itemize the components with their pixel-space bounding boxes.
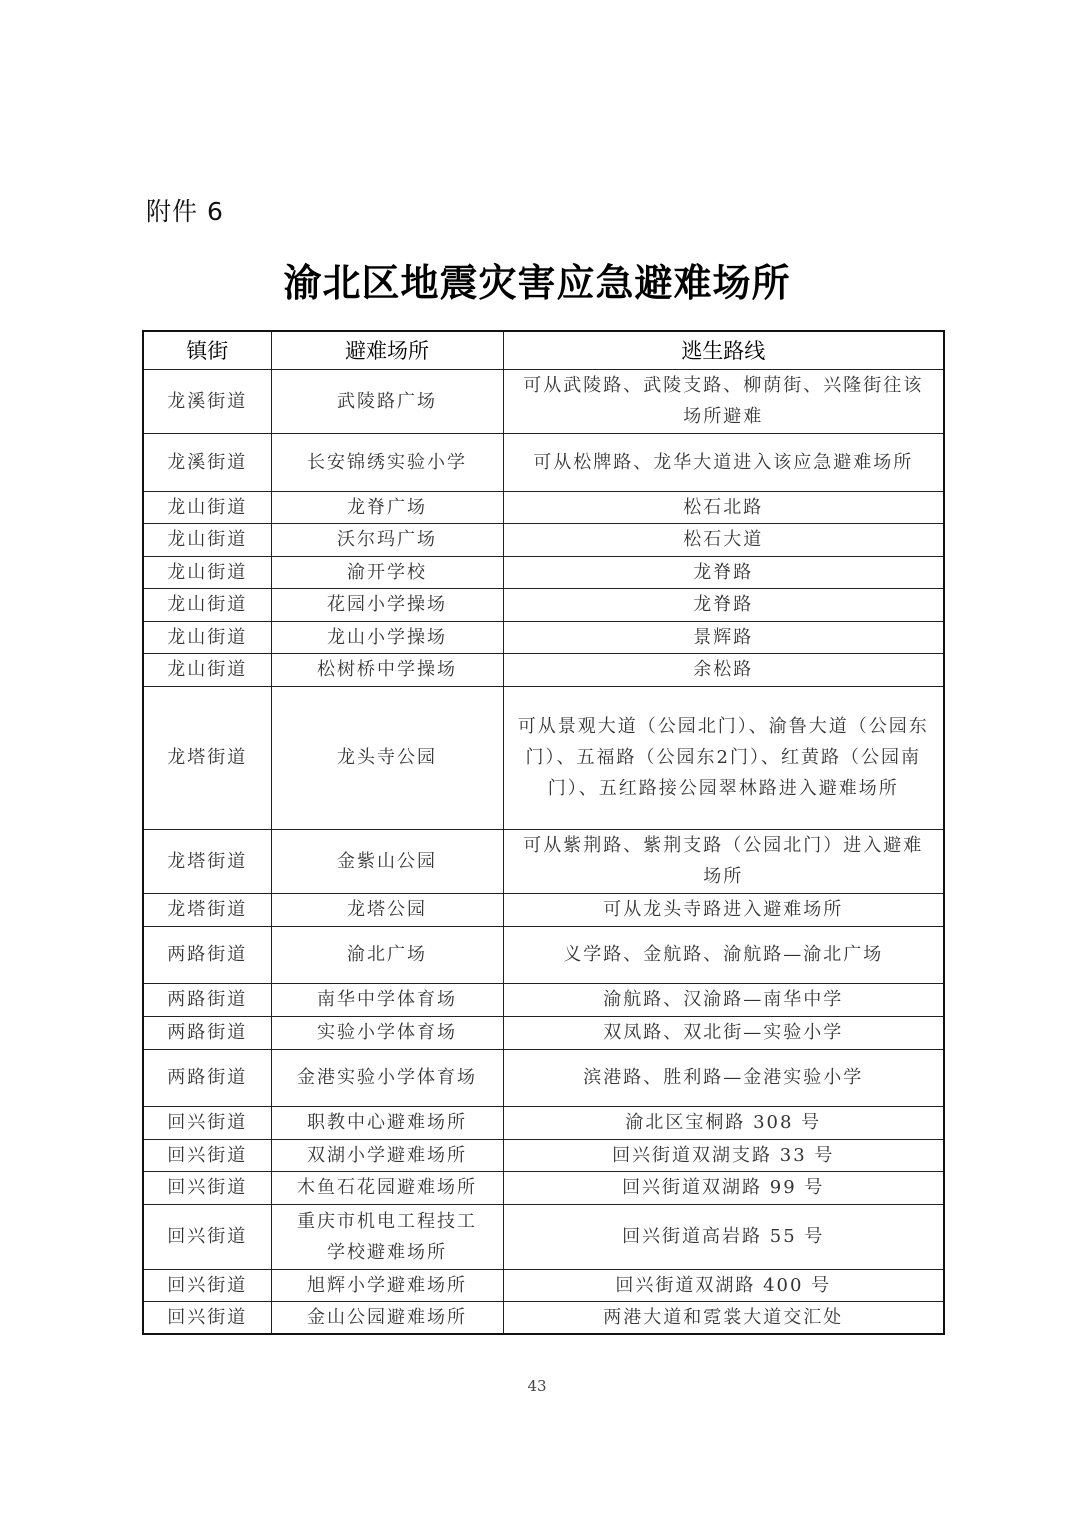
cell-shelter: 南华中学体育场 [271, 983, 503, 1016]
cell-street: 回兴街道 [143, 1301, 271, 1334]
table-header-row: 镇街 避难场所 逃生路线 [143, 331, 944, 369]
cell-shelter: 金港实验小学体育场 [271, 1049, 503, 1106]
cell-route: 回兴街道双湖路 400 号 [503, 1269, 944, 1301]
cell-shelter: 龙塔公园 [271, 893, 503, 926]
table-row: 龙溪街道武陵路广场可从武陵路、武陵支路、柳荫街、兴隆街往该场所避难 [143, 369, 944, 433]
cell-street: 龙山街道 [143, 491, 271, 523]
cell-street: 龙溪街道 [143, 433, 271, 491]
cell-street: 两路街道 [143, 1016, 271, 1049]
cell-shelter: 职教中心避难场所 [271, 1106, 503, 1139]
cell-shelter: 渝北广场 [271, 926, 503, 983]
cell-street: 龙塔街道 [143, 893, 271, 926]
cell-street: 龙山街道 [143, 588, 271, 621]
cell-street: 龙塔街道 [143, 829, 271, 893]
cell-route: 龙脊路 [503, 556, 944, 588]
cell-route: 回兴街道双湖支路 33 号 [503, 1139, 944, 1171]
cell-street: 两路街道 [143, 926, 271, 983]
cell-shelter: 金山公园避难场所 [271, 1301, 503, 1334]
cell-shelter: 金紫山公园 [271, 829, 503, 893]
table-row: 回兴街道重庆市机电工程技工学校避难场所回兴街道高岩路 55 号 [143, 1204, 944, 1269]
table-row: 龙塔街道龙头寺公园可从景观大道（公园北门）、渝鲁大道（公园东门）、五福路（公园东… [143, 686, 944, 829]
cell-street: 龙山街道 [143, 523, 271, 556]
attachment-label: 附件 6 [146, 192, 224, 228]
table-row: 回兴街道木鱼石花园避难场所回兴街道双湖路 99 号 [143, 1171, 944, 1204]
cell-street: 龙溪街道 [143, 369, 271, 433]
table-row: 龙溪街道长安锦绣实验小学可从松牌路、龙华大道进入该应急避难场所 [143, 433, 944, 491]
cell-shelter: 龙脊广场 [271, 491, 503, 523]
cell-shelter: 旭辉小学避难场所 [271, 1269, 503, 1301]
table-row: 回兴街道金山公园避难场所两港大道和霓裳大道交汇处 [143, 1301, 944, 1334]
header-shelter: 避难场所 [271, 331, 503, 369]
table-row: 龙山街道松树桥中学操场余松路 [143, 653, 944, 686]
table-row: 龙塔街道龙塔公园可从龙头寺路进入避难场所 [143, 893, 944, 926]
table-row: 两路街道实验小学体育场双凤路、双北街—实验小学 [143, 1016, 944, 1049]
table-row: 龙塔街道金紫山公园可从紫荆路、紫荆支路（公园北门）进入避难场所 [143, 829, 944, 893]
cell-street: 两路街道 [143, 983, 271, 1016]
cell-shelter: 武陵路广场 [271, 369, 503, 433]
table-row: 回兴街道职教中心避难场所渝北区宝桐路 308 号 [143, 1106, 944, 1139]
page-number: 43 [0, 1377, 1074, 1395]
cell-route: 滨港路、胜利路—金港实验小学 [503, 1049, 944, 1106]
cell-shelter: 重庆市机电工程技工学校避难场所 [271, 1204, 503, 1269]
document-title: 渝北区地震灾害应急避难场所 [0, 252, 1074, 307]
table-row: 龙山街道龙脊广场松石北路 [143, 491, 944, 523]
cell-route: 可从紫荆路、紫荆支路（公园北门）进入避难场所 [503, 829, 944, 893]
cell-street: 回兴街道 [143, 1171, 271, 1204]
cell-route: 回兴街道高岩路 55 号 [503, 1204, 944, 1269]
cell-street: 回兴街道 [143, 1269, 271, 1301]
table-row: 回兴街道旭辉小学避难场所回兴街道双湖路 400 号 [143, 1269, 944, 1301]
cell-route: 松石北路 [503, 491, 944, 523]
cell-route: 渝北区宝桐路 308 号 [503, 1106, 944, 1139]
cell-street: 龙塔街道 [143, 686, 271, 829]
cell-route: 可从景观大道（公园北门）、渝鲁大道（公园东门）、五福路（公园东2门）、红黄路（公… [503, 686, 944, 829]
cell-route: 回兴街道双湖路 99 号 [503, 1171, 944, 1204]
header-street: 镇街 [143, 331, 271, 369]
cell-route: 两港大道和霓裳大道交汇处 [503, 1301, 944, 1334]
table-row: 龙山街道花园小学操场龙脊路 [143, 588, 944, 621]
cell-street: 龙山街道 [143, 653, 271, 686]
cell-shelter: 龙头寺公园 [271, 686, 503, 829]
header-route: 逃生路线 [503, 331, 944, 369]
cell-route: 松石大道 [503, 523, 944, 556]
cell-route: 渝航路、汉渝路—南华中学 [503, 983, 944, 1016]
cell-route: 龙脊路 [503, 588, 944, 621]
cell-route: 景辉路 [503, 621, 944, 653]
cell-route: 余松路 [503, 653, 944, 686]
cell-route: 可从松牌路、龙华大道进入该应急避难场所 [503, 433, 944, 491]
cell-shelter: 龙山小学操场 [271, 621, 503, 653]
cell-shelter: 松树桥中学操场 [271, 653, 503, 686]
cell-street: 回兴街道 [143, 1204, 271, 1269]
cell-shelter: 花园小学操场 [271, 588, 503, 621]
table-row: 两路街道金港实验小学体育场滨港路、胜利路—金港实验小学 [143, 1049, 944, 1106]
cell-shelter: 长安锦绣实验小学 [271, 433, 503, 491]
cell-route: 可从龙头寺路进入避难场所 [503, 893, 944, 926]
table-row: 龙山街道龙山小学操场景辉路 [143, 621, 944, 653]
table-row: 两路街道南华中学体育场渝航路、汉渝路—南华中学 [143, 983, 944, 1016]
cell-street: 龙山街道 [143, 556, 271, 588]
table-row: 两路街道渝北广场义学路、金航路、渝航路—渝北广场 [143, 926, 944, 983]
cell-route: 可从武陵路、武陵支路、柳荫街、兴隆街往该场所避难 [503, 369, 944, 433]
cell-shelter: 沃尔玛广场 [271, 523, 503, 556]
cell-shelter: 渝开学校 [271, 556, 503, 588]
cell-street: 龙山街道 [143, 621, 271, 653]
shelter-table: 镇街 避难场所 逃生路线 龙溪街道武陵路广场可从武陵路、武陵支路、柳荫街、兴隆街… [142, 330, 945, 1335]
cell-street: 两路街道 [143, 1049, 271, 1106]
cell-shelter: 双湖小学避难场所 [271, 1139, 503, 1171]
cell-street: 回兴街道 [143, 1106, 271, 1139]
cell-shelter: 实验小学体育场 [271, 1016, 503, 1049]
cell-shelter: 木鱼石花园避难场所 [271, 1171, 503, 1204]
table-row: 回兴街道双湖小学避难场所回兴街道双湖支路 33 号 [143, 1139, 944, 1171]
cell-route: 义学路、金航路、渝航路—渝北广场 [503, 926, 944, 983]
table-row: 龙山街道渝开学校龙脊路 [143, 556, 944, 588]
table-row: 龙山街道沃尔玛广场松石大道 [143, 523, 944, 556]
cell-route: 双凤路、双北街—实验小学 [503, 1016, 944, 1049]
cell-street: 回兴街道 [143, 1139, 271, 1171]
